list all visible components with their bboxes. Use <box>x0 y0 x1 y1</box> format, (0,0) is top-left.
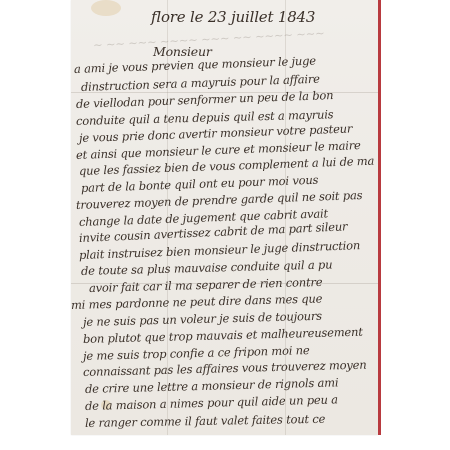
letter-paper: ~ ~~ ~~~ ~~~~ ~~~ ~~ ~~~~ ~~~ flore le 2… <box>71 0 378 435</box>
letter-header-date: flore le 23 juillet 1843 <box>151 8 315 26</box>
letter-line: de la maison a nimes pour quil aide un p… <box>85 392 338 413</box>
letter-line: le ranger comme il faut valet faites tou… <box>85 412 325 430</box>
paper-stain <box>91 0 121 16</box>
red-page-edge <box>378 0 381 435</box>
